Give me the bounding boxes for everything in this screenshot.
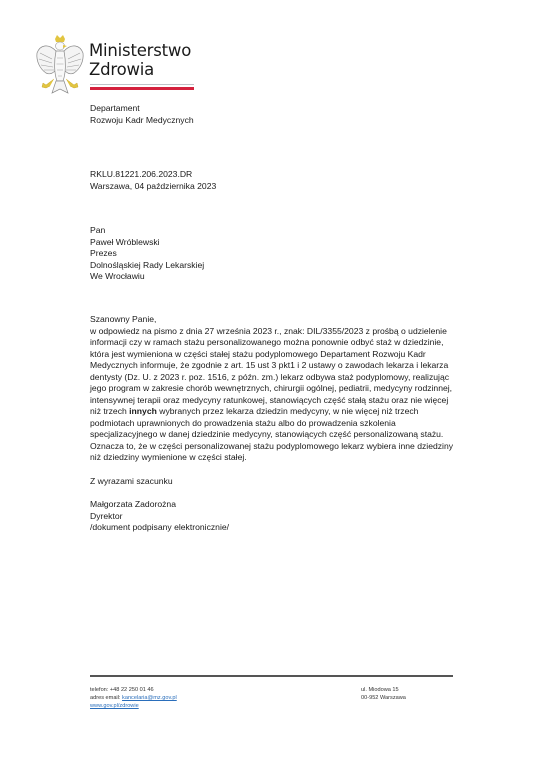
department-block: Departament Rozwoju Kadr Medycznych xyxy=(90,103,194,126)
footer-phone: telefon: +48 22 250 01 46 xyxy=(90,686,177,694)
department-line-1: Departament xyxy=(90,103,194,115)
recipient-block: Pan Paweł Wróblewski Prezes Dolnośląskie… xyxy=(90,225,204,283)
footer-address-line-1: ul. Miodowa 15 xyxy=(361,686,406,694)
footer-divider xyxy=(90,675,453,677)
paragraph-1: w odpowiedz na pismo z dnia 27 września … xyxy=(90,326,460,441)
recipient-organization: Dolnośląskiej Rady Lekarskiej xyxy=(90,260,204,272)
recipient-salutation: Pan xyxy=(90,225,204,237)
place-date: Warszawa, 04 października 2023 xyxy=(90,181,216,193)
paragraph-2: Oznacza to, że w części personalizowanej… xyxy=(90,441,460,464)
signatory-title: Dyrektor xyxy=(90,511,229,523)
signatory-name: Małgorzata Zadorożna xyxy=(90,499,229,511)
closing: Z wyrazami szacunku xyxy=(90,476,173,488)
ministry-name: Ministerstwo Zdrowia xyxy=(89,41,191,79)
footer-contact: telefon: +48 22 250 01 46 adres email: k… xyxy=(90,686,177,710)
recipient-position: Prezes xyxy=(90,248,204,260)
recipient-name: Paweł Wróblewski xyxy=(90,237,204,249)
footer-email-link[interactable]: kancelaria@mz.gov.pl xyxy=(122,695,177,701)
department-line-2: Rozwoju Kadr Medycznych xyxy=(90,115,194,127)
polish-eagle-emblem-icon xyxy=(34,33,86,99)
brand-line-2: Zdrowia xyxy=(89,60,191,79)
footer-website-link[interactable]: www.gov.pl/zdrowie xyxy=(90,703,139,709)
reference-sign: RKLU.81221.206.2023.DR xyxy=(90,169,216,181)
footer-email-line: adres email: kancelaria@mz.gov.pl xyxy=(90,694,177,702)
footer-address-line-2: 00-952 Warszawa xyxy=(361,694,406,702)
signature-block: Małgorzata Zadorożna Dyrektor /dokument … xyxy=(90,499,229,534)
greeting: Szanowny Panie, xyxy=(90,314,460,326)
recipient-city: We Wrocławiu xyxy=(90,271,204,283)
footer-email-label: adres email: xyxy=(90,695,122,701)
flag-stripes xyxy=(90,84,194,90)
paragraph-1-emphasis: innych xyxy=(129,406,157,416)
flag-red-stripe xyxy=(90,87,194,90)
paragraph-1-text: w odpowiedz na pismo z dnia 27 września … xyxy=(90,326,452,417)
signature-note: /dokument podpisany elektronicznie/ xyxy=(90,522,229,534)
letter-body: Szanowny Panie, w odpowiedz na pismo z d… xyxy=(90,314,460,464)
footer-address: ul. Miodowa 15 00-952 Warszawa xyxy=(361,686,406,702)
reference-block: RKLU.81221.206.2023.DR Warszawa, 04 paźd… xyxy=(90,169,216,192)
brand-line-1: Ministerstwo xyxy=(89,41,191,60)
